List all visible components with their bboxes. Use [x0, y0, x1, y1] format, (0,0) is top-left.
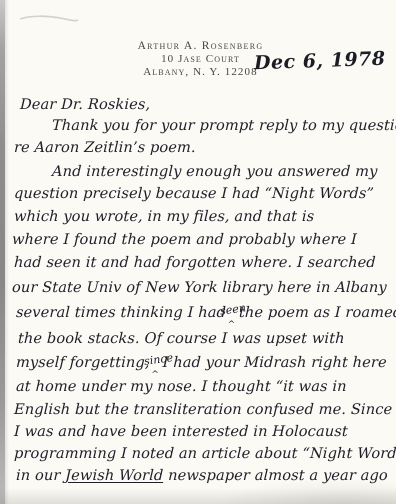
caret-icon: ^: [227, 320, 235, 330]
paper-edge-shadow: [5, 0, 9, 504]
letter-line-with-underline: in our Jewish World newspaper almost a y…: [16, 467, 388, 484]
pencil-smudge-mark: [18, 11, 80, 27]
letter-salutation: Dear Dr. Roskies,: [20, 96, 151, 113]
letter-line: which you wrote, in my files, and that i…: [14, 208, 315, 225]
letter-line: our State Univ of New York library here …: [12, 279, 387, 296]
letter-line-text: myself forgetting,: [16, 354, 150, 371]
letter-line: the book stacks. Of course I was upset w…: [18, 330, 345, 347]
letter-line-text: several times thinking I had: [16, 304, 227, 321]
letter-line: where I found the poem and probably wher…: [12, 231, 357, 248]
letterhead-name: Arthur A. Rosenberg: [103, 40, 298, 52]
letter-line: had seen it and had forgotten where. I s…: [14, 254, 376, 271]
letter-line-text: I had your Midrash right here: [162, 354, 387, 371]
letter-line-text: in our: [16, 467, 66, 484]
letter-line: at home under my nose. I thought “it was…: [16, 378, 347, 395]
scanned-letter-page: Arthur A. Rosenberg 10 Jase Court Albany…: [0, 0, 396, 504]
letter-line: question precisely because I had “Night …: [14, 185, 375, 202]
handwritten-date: Dec 6, 1978: [254, 48, 386, 75]
letter-line-with-insertion: several times thinking I had^seenthe poe…: [16, 304, 396, 321]
letter-line: I was and have been interested in Holoca…: [14, 423, 348, 440]
letter-line-text: the poem as I roamed: [239, 304, 396, 321]
letter-line: Thank you for your prompt reply to my qu…: [52, 117, 396, 134]
letter-line: English but the transliteration confused…: [14, 401, 393, 418]
letter-line: And interestingly enough you answered my: [52, 163, 378, 180]
underlined-newspaper-name: Jewish World: [65, 467, 164, 484]
letter-line: re Aaron Zeitlin’s poem.: [14, 139, 196, 156]
letter-line-with-insertion: myself forgetting,^sinceI had your Midra…: [16, 354, 387, 371]
letter-line-text: newspaper almost a year ago: [163, 467, 388, 484]
letter-line: programming I noted an article about “Ni…: [14, 445, 396, 462]
